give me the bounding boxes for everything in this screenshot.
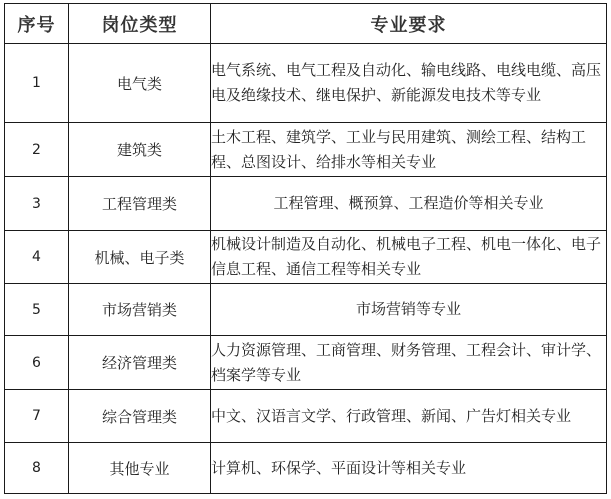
major-requirement: 机械设计制造及自动化、机械电子工程、机电一体化、电子信息工程、通信工程等相关专业 bbox=[211, 231, 607, 284]
table-row: 4 机械、电子类 机械设计制造及自动化、机械电子工程、机电一体化、电子信息工程、… bbox=[5, 231, 607, 284]
position-type: 经济管理类 bbox=[69, 336, 211, 390]
position-type: 其他专业 bbox=[69, 443, 211, 494]
major-requirement: 电气系统、电气工程及自动化、输电线路、电线电缆、高压电及绝缘技术、继电保护、新能… bbox=[211, 44, 607, 123]
table-row: 8 其他专业 计算机、环保学、平面设计等相关专业 bbox=[5, 443, 607, 494]
row-number: 8 bbox=[5, 443, 69, 494]
major-requirements-table: 序号 岗位类型 专业要求 1 电气类 电气系统、电气工程及自动化、输电线路、电线… bbox=[4, 3, 607, 494]
position-type: 建筑类 bbox=[69, 123, 211, 177]
position-type: 综合管理类 bbox=[69, 390, 211, 443]
major-requirement: 工程管理、概预算、工程造价等相关专业 bbox=[211, 177, 607, 231]
major-requirement: 计算机、环保学、平面设计等相关专业 bbox=[211, 443, 607, 494]
position-type: 机械、电子类 bbox=[69, 231, 211, 284]
table-row: 1 电气类 电气系统、电气工程及自动化、输电线路、电线电缆、高压电及绝缘技术、继… bbox=[5, 44, 607, 123]
header-major-requirement: 专业要求 bbox=[211, 4, 607, 44]
position-type: 电气类 bbox=[69, 44, 211, 123]
table-row: 7 综合管理类 中文、汉语言文学、行政管理、新闻、广告灯相关专业 bbox=[5, 390, 607, 443]
row-number: 3 bbox=[5, 177, 69, 231]
row-number: 5 bbox=[5, 284, 69, 336]
header-no: 序号 bbox=[5, 4, 69, 44]
header-position-type: 岗位类型 bbox=[69, 4, 211, 44]
table-row: 6 经济管理类 人力资源管理、工商管理、财务管理、工程会计、审计学、档案学等专业 bbox=[5, 336, 607, 390]
major-requirement: 土木工程、建筑学、工业与民用建筑、测绘工程、结构工程、总图设计、给排水等相关专业 bbox=[211, 123, 607, 177]
table-row: 3 工程管理类 工程管理、概预算、工程造价等相关专业 bbox=[5, 177, 607, 231]
table-row: 2 建筑类 土木工程、建筑学、工业与民用建筑、测绘工程、结构工程、总图设计、给排… bbox=[5, 123, 607, 177]
row-number: 1 bbox=[5, 44, 69, 123]
position-type: 工程管理类 bbox=[69, 177, 211, 231]
major-requirement: 中文、汉语言文学、行政管理、新闻、广告灯相关专业 bbox=[211, 390, 607, 443]
position-type: 市场营销类 bbox=[69, 284, 211, 336]
major-requirement: 市场营销等专业 bbox=[211, 284, 607, 336]
row-number: 6 bbox=[5, 336, 69, 390]
row-number: 4 bbox=[5, 231, 69, 284]
major-requirement: 人力资源管理、工商管理、财务管理、工程会计、审计学、档案学等专业 bbox=[211, 336, 607, 390]
row-number: 2 bbox=[5, 123, 69, 177]
table-row: 5 市场营销类 市场营销等专业 bbox=[5, 284, 607, 336]
row-number: 7 bbox=[5, 390, 69, 443]
table-header-row: 序号 岗位类型 专业要求 bbox=[5, 4, 607, 44]
